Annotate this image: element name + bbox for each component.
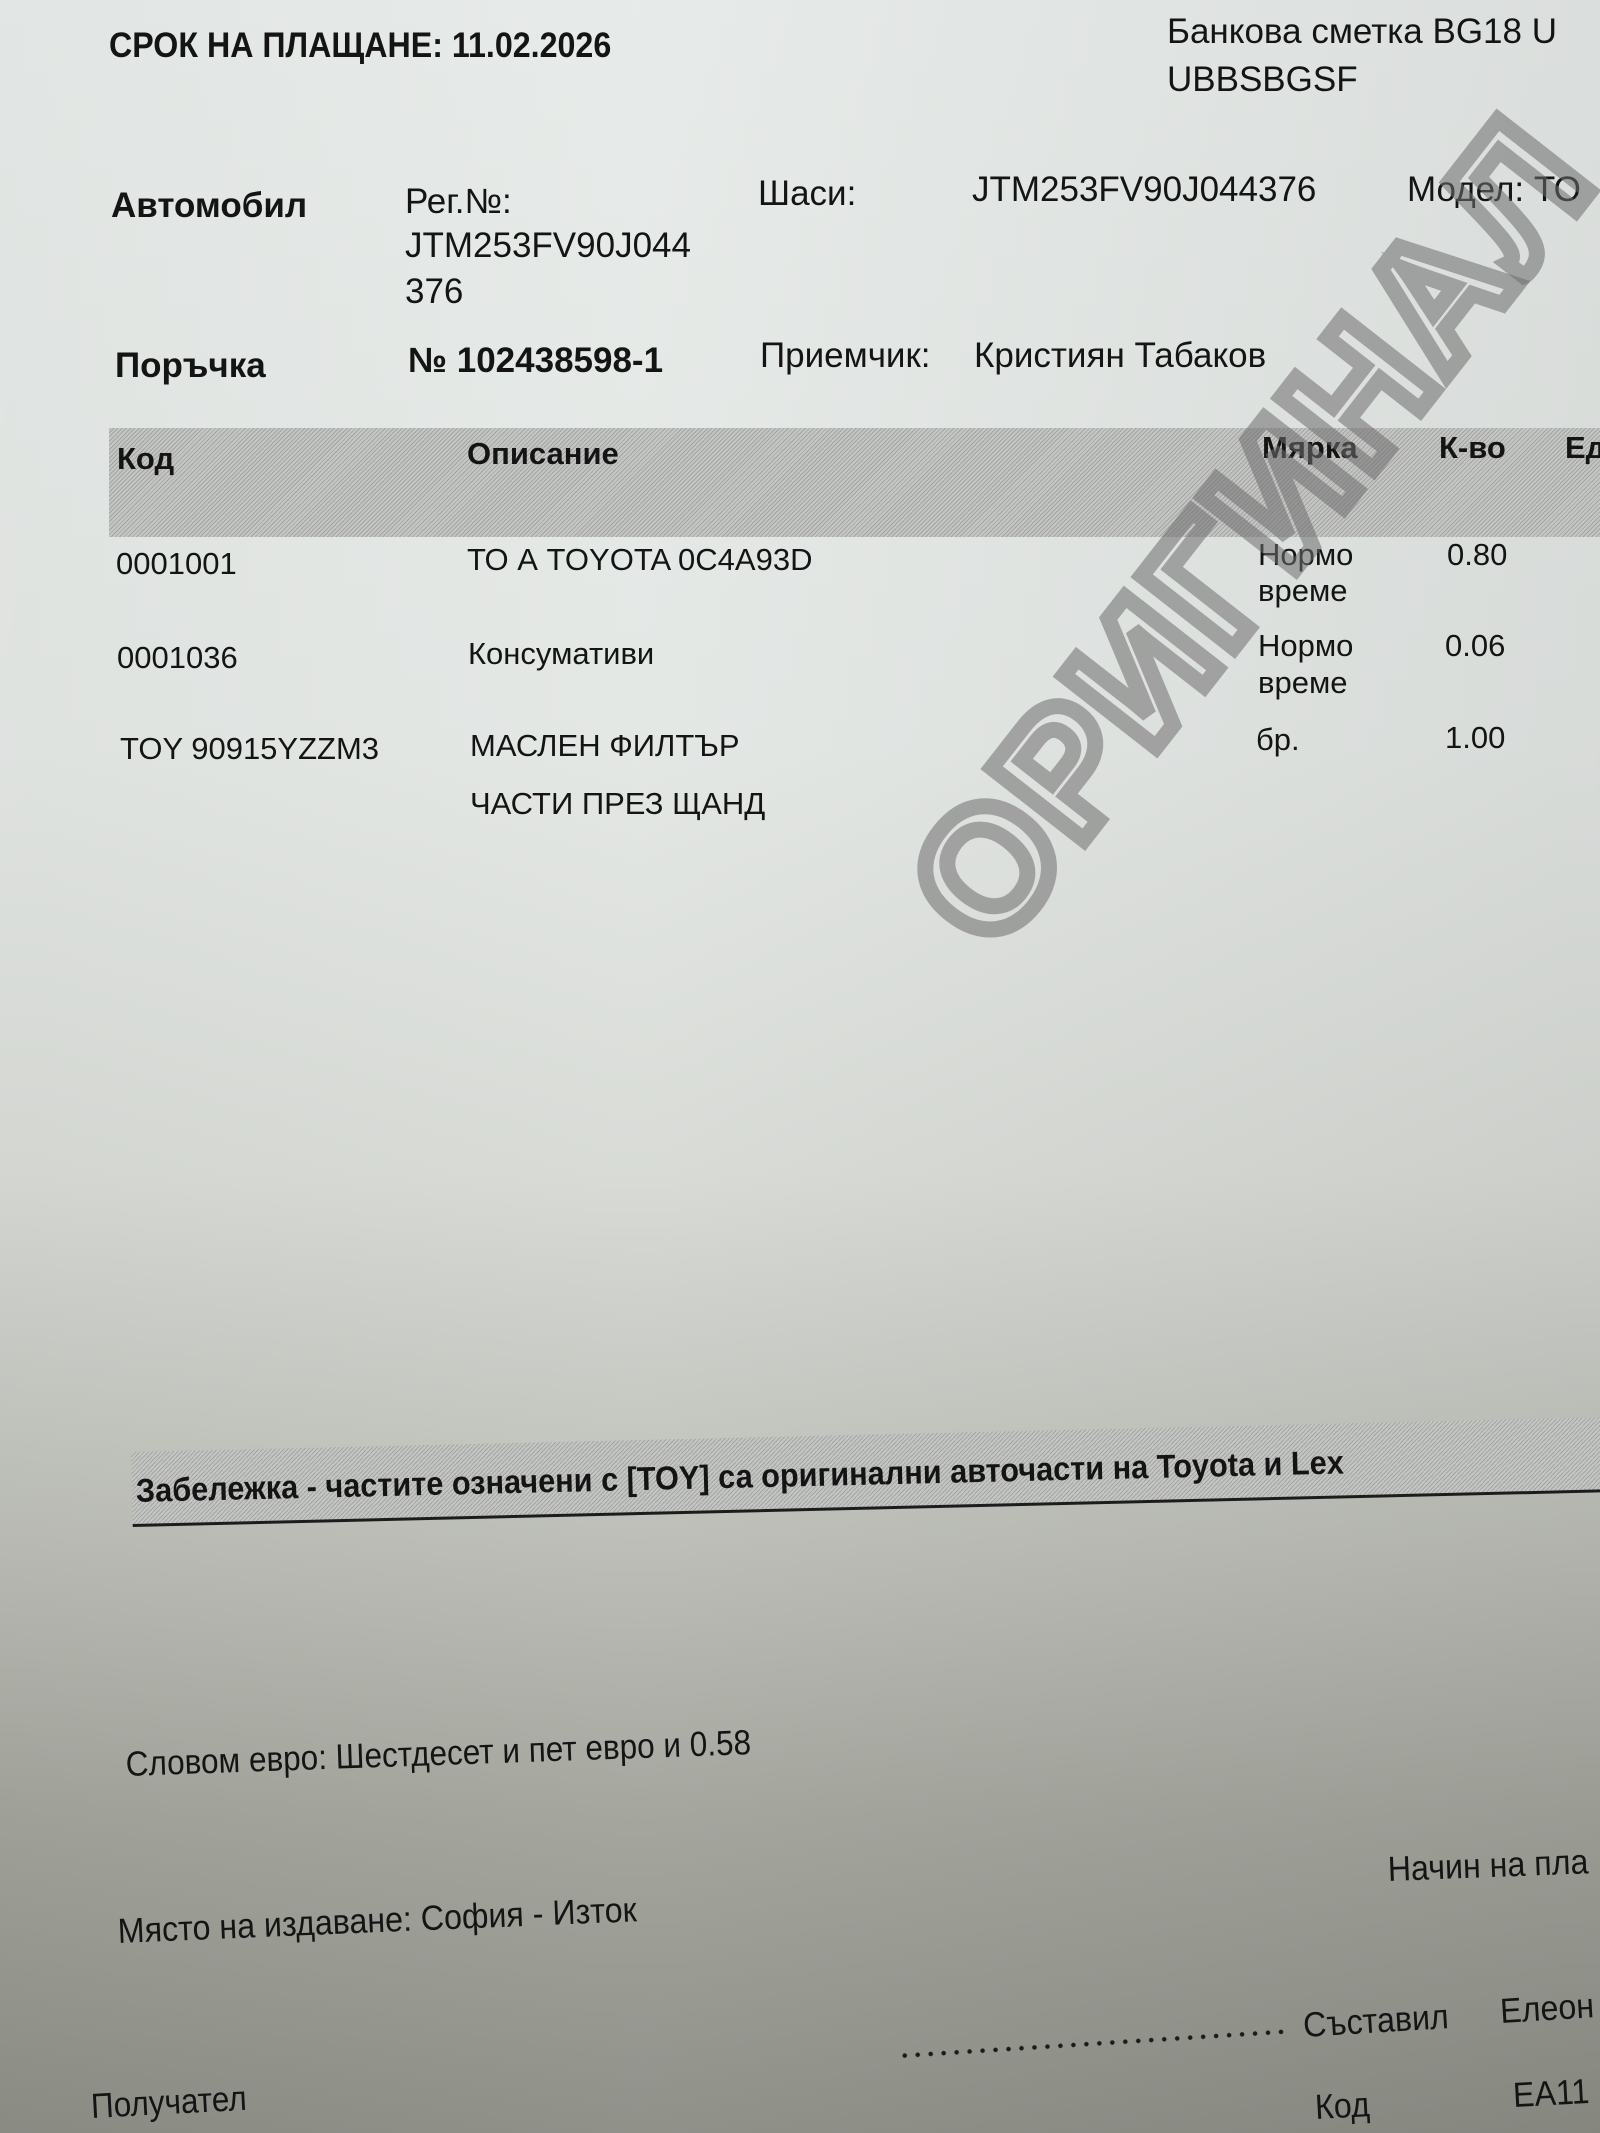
signature-dotted-line xyxy=(898,2028,1288,2060)
recipient-label: Получател xyxy=(90,2079,248,2127)
column-header-description: Описание xyxy=(467,436,619,472)
place-of-issue: Място на издаване: София - Изток xyxy=(117,1890,637,1952)
row-description-line2: ЧАСТИ ПРЕЗ ЩАНД xyxy=(470,786,765,822)
vehicle-section-label: Автомобил xyxy=(111,186,307,226)
note-bar: Забележка - частите означени с [TOY] са … xyxy=(131,1417,1600,1527)
order-section-label: Поръчка xyxy=(115,346,266,386)
row-unit-line2: време xyxy=(1258,665,1348,701)
bank-account-line2: UBBSBGSF xyxy=(1167,60,1358,100)
column-header-unit-price: Ед xyxy=(1565,430,1600,466)
row-quantity: 0.80 xyxy=(1447,537,1507,573)
column-header-code: Код xyxy=(117,441,174,477)
row-unit-line1: Нормо xyxy=(1258,628,1353,664)
row-code: 0001001 xyxy=(116,546,237,582)
row-quantity: 0.06 xyxy=(1445,628,1505,664)
table-header xyxy=(109,428,1600,537)
row-description: ТО А TOYOTA 0C4A93D xyxy=(467,542,812,578)
chassis-value: JTM253FV90J044376 xyxy=(972,170,1316,210)
compiled-by-name: Елеон xyxy=(1499,1986,1595,2032)
row-quantity: 1.00 xyxy=(1445,720,1505,756)
order-number: № 102438598-1 xyxy=(408,341,663,381)
row-description: Консумативи xyxy=(468,636,654,672)
amount-in-words: Словом евро: Шестдесет и пет евро и 0.58 xyxy=(125,1723,752,1785)
chassis-label: Шаси: xyxy=(758,174,856,214)
row-code: TOY 90915YZZM3 xyxy=(120,731,379,767)
column-header-unit: Мярка xyxy=(1262,430,1358,466)
row-description: МАСЛЕН ФИЛТЪР xyxy=(470,728,740,764)
payment-due-date: СРОК НА ПЛАЩАНЕ: 11.02.2026 xyxy=(109,26,611,66)
compiled-by-label: Съставил xyxy=(1302,1997,1450,2046)
row-code: 0001036 xyxy=(117,640,238,676)
code-value: EA11 xyxy=(1512,2072,1590,2116)
reg-number-label: Рег.№: xyxy=(405,182,512,222)
receiver-name: Кристиян Табаков xyxy=(974,336,1266,376)
row-unit-line2: време xyxy=(1258,573,1348,609)
bank-account-line1: Банкова сметка BG18 U xyxy=(1167,12,1557,52)
code-label: Код xyxy=(1314,2085,1371,2128)
column-header-quantity: К-во xyxy=(1439,430,1506,466)
row-unit-line1: Нормо xyxy=(1258,537,1353,573)
model-label: Модел: ТО xyxy=(1407,170,1581,210)
reg-number-value-line2: 376 xyxy=(405,272,463,312)
note-text: Забележка - частите означени с [TOY] са … xyxy=(135,1443,1344,1509)
reg-number-value-line1: JTM253FV90J044 xyxy=(405,226,691,266)
payment-method-label: Начин на пла xyxy=(1387,1842,1589,1890)
paper-background xyxy=(0,0,1600,2133)
receiver-label: Приемчик: xyxy=(760,336,931,376)
row-unit-line1: бр. xyxy=(1256,722,1300,758)
